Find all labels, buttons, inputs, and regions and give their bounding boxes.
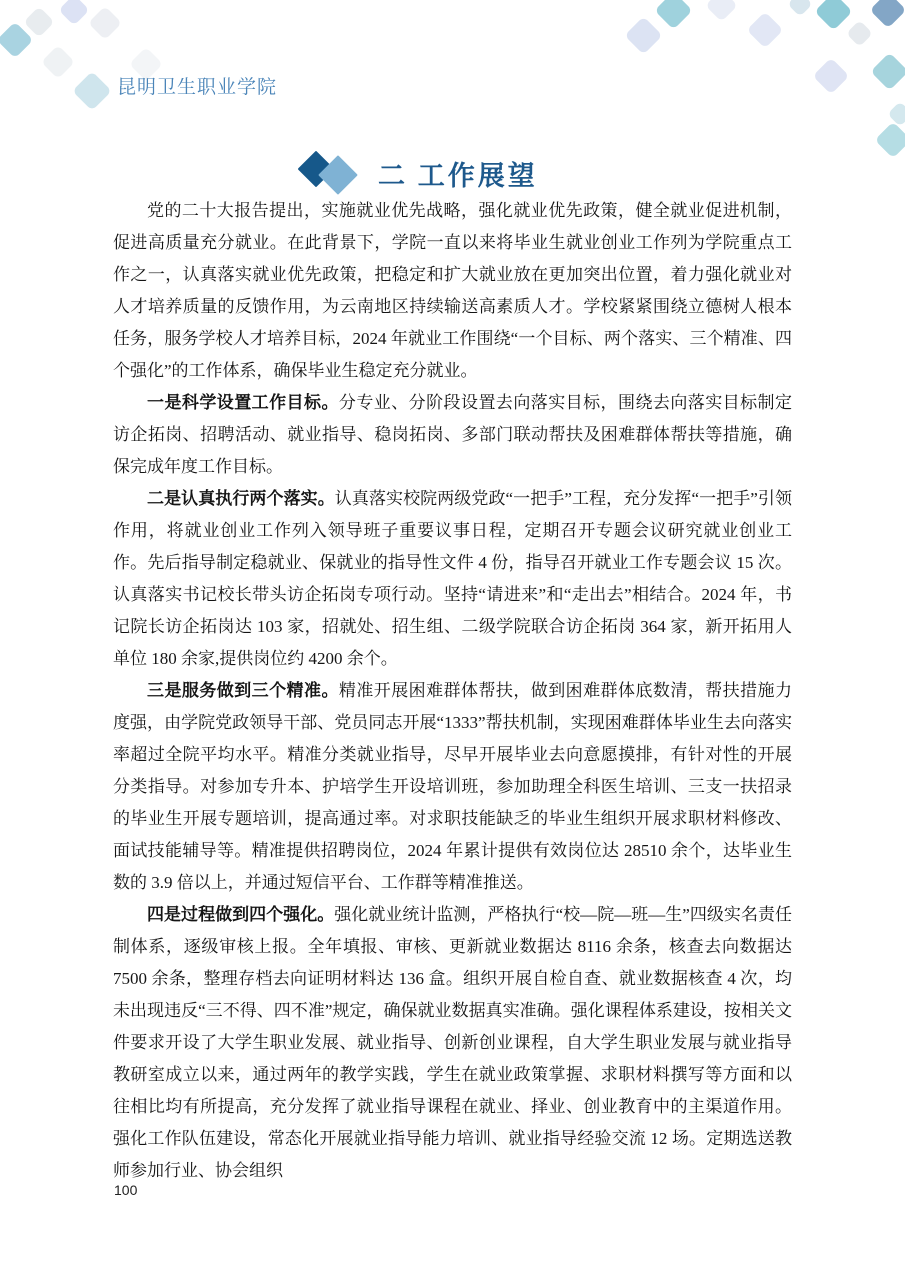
paragraph-lead: 二是认真执行两个落实。 — [147, 489, 335, 508]
deco-diamond — [747, 12, 784, 49]
deco-diamond — [23, 6, 54, 37]
deco-diamond — [705, 0, 738, 22]
paragraph-lead: 三是服务做到三个精准。 — [147, 681, 339, 700]
paragraph-lead: 四是过程做到四个强化。 — [147, 905, 334, 924]
section-title: 二 工作展望 — [378, 154, 538, 193]
paragraph-body: 党的二十大报告提出，实施就业优先战略，强化就业优先政策，健全就业促进机制，促进高… — [113, 201, 792, 380]
paragraph-body: 认真落实校院两级党政“一把手”工程，充分发挥“一把手”引领作用，将就业创业工作列… — [113, 489, 792, 668]
paragraph: 三是服务做到三个精准。精准开展困难群体帮扶，做到困难群体底数清，帮扶措施力度强，… — [113, 675, 792, 899]
deco-diamond — [654, 0, 692, 30]
page-number: 100 — [114, 1182, 137, 1198]
paragraph: 党的二十大报告提出，实施就业优先战略，强化就业优先政策，健全就业促进机制，促进高… — [113, 195, 792, 387]
deco-diamond — [787, 0, 812, 17]
deco-diamond — [58, 0, 89, 26]
paragraph: 一是科学设置工作目标。分专业、分阶段设置去向落实目标，围绕去向落实目标制定访企拓… — [113, 387, 792, 483]
paragraph-body: 强化就业统计监测，严格执行“校—院—班—生”四级实名责任制体系，逐级审核上报。全… — [113, 905, 792, 1180]
deco-diamond — [813, 58, 850, 95]
deco-diamond — [870, 52, 905, 90]
school-name: 昆明卫生职业学院 — [117, 72, 277, 99]
deco-diamond — [875, 122, 905, 159]
deco-diamond — [814, 0, 852, 31]
paragraph-body: 精准开展困难群体帮扶，做到困难群体底数清，帮扶措施力度强，由学院党政领导干部、党… — [113, 681, 792, 892]
deco-diamond — [88, 6, 122, 40]
document-page: 昆明卫生职业学院 二 工作展望 党的二十大报告提出，实施就业优先战略，强化就业优… — [0, 0, 905, 1279]
deco-diamond — [41, 45, 75, 79]
paragraph: 二是认真执行两个落实。认真落实校院两级党政“一把手”工程，充分发挥“一把手”引领… — [113, 483, 792, 675]
deco-diamond — [870, 0, 905, 28]
deco-diamond — [72, 71, 112, 111]
document-body: 党的二十大报告提出，实施就业优先战略，强化就业优先政策，健全就业促进机制，促进高… — [113, 195, 792, 1187]
deco-diamond — [624, 16, 662, 54]
deco-diamond — [846, 20, 873, 47]
deco-diamond — [887, 101, 905, 126]
paragraph-lead: 一是科学设置工作目标。 — [147, 393, 339, 412]
paragraph: 四是过程做到四个强化。强化就业统计监测，严格执行“校—院—班—生”四级实名责任制… — [113, 899, 792, 1187]
